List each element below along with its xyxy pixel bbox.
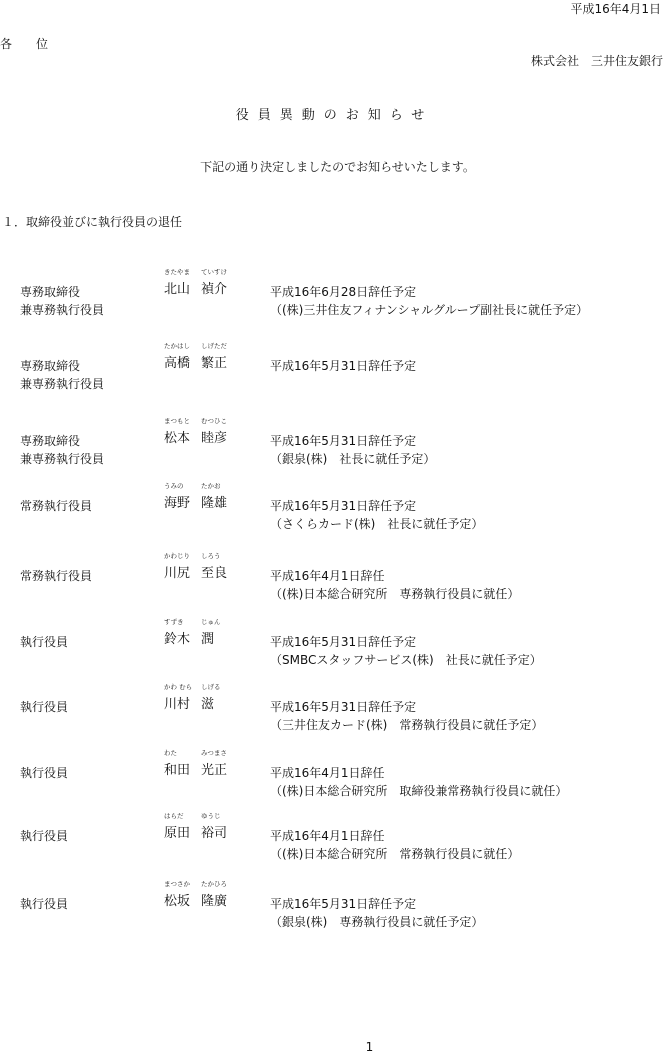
new-position: （(株)日本総合研究所 専務執行役員に就任）	[270, 585, 519, 602]
resignation-date: 平成16年5月31日辞任予定	[270, 895, 416, 912]
executive-entry: 執行役員 わた みつまさ 和田 光正 平成16年4月1日辞任 （(株)日本総合研…	[0, 749, 665, 793]
given-name: 裕司	[201, 826, 227, 841]
executive-entry: 執行役員 かわ むら しげる 川村 滋 平成16年5月31日辞任予定 （三井住友…	[0, 683, 665, 727]
surname: 高橋	[164, 356, 190, 371]
given-name-reading: みつまさ	[201, 749, 227, 757]
executive-entry: 専務取締役 兼専務執行役員 まつもと むつひこ 松本 睦彦 平成16年5月31日…	[0, 417, 665, 461]
surname: 和田	[164, 763, 190, 778]
given-name: 繁正	[201, 356, 227, 371]
role-title: 常務執行役員	[20, 567, 92, 584]
surname-reading: まつさか	[164, 880, 190, 888]
surname-reading: かわ むら	[164, 683, 192, 691]
role-title: 常務執行役員	[20, 497, 92, 514]
given-name-reading: たかひろ	[201, 880, 227, 888]
document-title: 役員異動のお知らせ	[0, 104, 665, 123]
given-name-reading: ていすけ	[201, 268, 227, 276]
new-position: （(株)日本総合研究所 取締役兼常務執行役員に就任）	[270, 782, 567, 799]
surname: 海野	[164, 496, 190, 511]
new-position: （さくらカード(株) 社長に就任予定）	[270, 515, 483, 532]
new-position: （三井住友カード(株) 常務執行役員に就任予定）	[270, 716, 543, 733]
surname: 松本	[164, 431, 190, 446]
resignation-date: 平成16年5月31日辞任予定	[270, 633, 416, 650]
role-title: 執行役員	[20, 764, 68, 781]
page-number: 1	[0, 1040, 665, 1053]
resignation-date: 平成16年4月1日辞任	[270, 827, 385, 844]
given-name-reading: じゅん	[201, 618, 221, 626]
surname-reading: うみの	[164, 482, 184, 490]
addressee: 各位	[0, 35, 48, 52]
document-date: 平成16年4月1日	[570, 0, 661, 17]
executive-entry: 専務取締役 兼専務執行役員 きたやま ていすけ 北山 禎介 平成16年6月28日…	[0, 268, 665, 312]
surname: 北山	[164, 282, 190, 297]
resignation-date: 平成16年5月31日辞任予定	[270, 357, 416, 374]
executive-entry: 執行役員 すずき じゅん 鈴木 潤 平成16年5月31日辞任予定 （SMBCスタ…	[0, 618, 665, 662]
given-name-reading: たかお	[201, 482, 221, 490]
surname-reading: たかはし	[164, 342, 190, 350]
surname-reading: すずき	[164, 618, 184, 626]
given-name: 滋	[201, 697, 214, 712]
given-name: 禎介	[201, 282, 227, 297]
given-name: 隆雄	[201, 496, 227, 511]
given-name: 光正	[201, 763, 227, 778]
given-name: 隆廣	[201, 894, 227, 909]
role-title-secondary: 兼専務執行役員	[20, 301, 104, 318]
executive-entry: 執行役員 はらだ ゆうじ 原田 裕司 平成16年4月1日辞任 （(株)日本総合研…	[0, 812, 665, 856]
surname: 原田	[164, 826, 190, 841]
surname-reading: はらだ	[164, 812, 184, 820]
resignation-date: 平成16年4月1日辞任	[270, 567, 385, 584]
role-title-secondary: 兼専務執行役員	[20, 450, 104, 467]
role-title: 執行役員	[20, 698, 68, 715]
section-heading: １．取締役並びに執行役員の退任	[2, 213, 182, 230]
company-name: 株式会社 三井住友銀行	[531, 52, 663, 69]
surname: 鈴木	[164, 632, 190, 647]
executive-entry: 専務取締役 兼専務執行役員 たかはし しげただ 高橋 繁正 平成16年5月31日…	[0, 342, 665, 386]
executive-entry: 常務執行役員 うみの たかお 海野 隆雄 平成16年5月31日辞任予定 （さくら…	[0, 482, 665, 526]
given-name-reading: しろう	[201, 552, 221, 560]
addressee-part-2: 位	[36, 37, 48, 51]
resignation-date: 平成16年6月28日辞任予定	[270, 283, 416, 300]
surname-reading: かわじり	[164, 552, 190, 560]
resignation-date: 平成16年5月31日辞任予定	[270, 432, 416, 449]
surname-reading: きたやま	[164, 268, 190, 276]
role-title: 執行役員	[20, 827, 68, 844]
executive-entry: 執行役員 まつさか たかひろ 松坂 隆廣 平成16年5月31日辞任予定 （銀泉(…	[0, 880, 665, 924]
new-position: （銀泉(株) 専務執行役員に就任予定）	[270, 913, 483, 930]
given-name: 睦彦	[201, 431, 227, 446]
given-name-reading: むつひこ	[201, 417, 227, 425]
given-name-reading: しげただ	[201, 342, 227, 350]
new-position: （(株)日本総合研究所 常務執行役員に就任）	[270, 845, 519, 862]
resignation-date: 平成16年5月31日辞任予定	[270, 497, 416, 514]
given-name: 至良	[201, 566, 227, 581]
role-title: 専務取締役	[20, 357, 80, 374]
resignation-date: 平成16年4月1日辞任	[270, 764, 385, 781]
intro-text: 下記の通り決定しましたのでお知らせいたします。	[0, 158, 665, 175]
given-name-reading: ゆうじ	[201, 812, 221, 820]
role-title: 執行役員	[20, 633, 68, 650]
given-name: 潤	[201, 632, 214, 647]
role-title: 専務取締役	[20, 432, 80, 449]
new-position: （(株)三井住友フィナンシャルグループ副社長に就任予定）	[270, 301, 588, 318]
new-position: （SMBCスタッフサービス(株) 社長に就任予定）	[270, 651, 542, 668]
given-name-reading: しげる	[201, 683, 221, 691]
surname: 川尻	[164, 566, 190, 581]
surname: 松坂	[164, 894, 190, 909]
surname: 川村	[164, 697, 190, 712]
addressee-part-1: 各	[0, 37, 12, 51]
role-title: 執行役員	[20, 895, 68, 912]
surname-reading: まつもと	[164, 417, 190, 425]
surname-reading: わた	[164, 749, 177, 757]
new-position: （銀泉(株) 社長に就任予定）	[270, 450, 435, 467]
resignation-date: 平成16年5月31日辞任予定	[270, 698, 416, 715]
role-title-secondary: 兼専務執行役員	[20, 375, 104, 392]
role-title: 専務取締役	[20, 283, 80, 300]
executive-entry: 常務執行役員 かわじり しろう 川尻 至良 平成16年4月1日辞任 （(株)日本…	[0, 552, 665, 596]
